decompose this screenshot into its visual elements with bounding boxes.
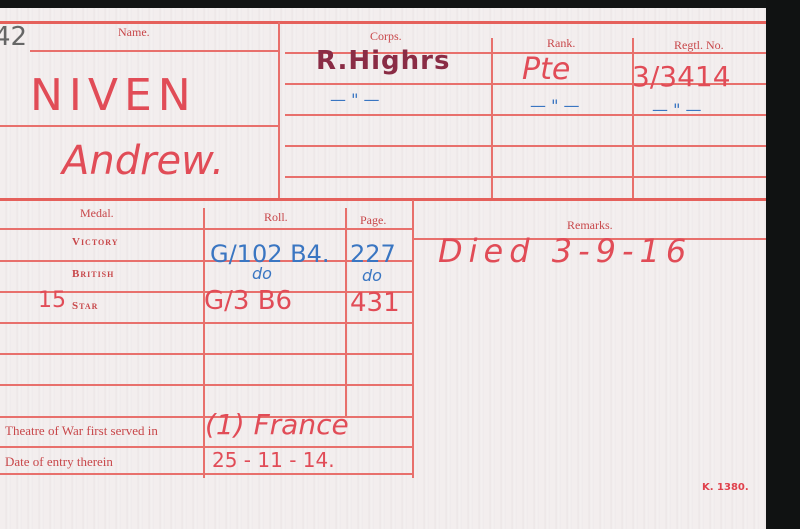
medal-row-6 (0, 384, 412, 386)
theatre-value: (1) France (205, 408, 349, 441)
page-header: Page. (360, 213, 386, 228)
page-remarks-divider (412, 200, 414, 478)
corps-ditto: — " — (330, 90, 380, 109)
british-page: do (362, 266, 382, 285)
scan-border-right (766, 0, 800, 529)
scan-border-top (0, 0, 800, 8)
top-rule (0, 21, 766, 24)
medal-star: Star (72, 300, 98, 312)
roll-header: Roll. (264, 210, 288, 225)
corps-stamp: R.Highrs (316, 46, 450, 76)
theatre-label: Theatre of War first served in (5, 423, 158, 439)
grid-row-4 (285, 145, 766, 147)
forename: Andrew. (62, 138, 224, 184)
date-value: 25 - 11 - 14. (212, 448, 335, 472)
date-label: Date of entry therein (5, 454, 113, 470)
medal-row-8 (0, 446, 412, 448)
regtl-no-ditto: — " — (652, 100, 702, 119)
remarks-header: Remarks. (567, 218, 613, 233)
star-prefix: 15 (38, 288, 66, 313)
medal-victory: Victory (72, 236, 119, 248)
victory-page: 227 (350, 240, 396, 268)
name-header: Name. (118, 25, 150, 40)
regtl-no-value: 3/3414 (632, 60, 731, 93)
surname: NIVEN (30, 70, 197, 121)
regtl-no-header: Regtl. No. (674, 38, 724, 53)
name-header-rule (30, 50, 278, 52)
star-roll: G/3 B6 (204, 286, 292, 316)
medal-row-1 (0, 228, 412, 230)
medal-row-9 (0, 473, 412, 475)
grid-row-5 (285, 176, 766, 178)
medal-british: British (72, 268, 114, 280)
corps-header: Corps. (370, 29, 402, 44)
remarks-value: Died 3-9-16 (438, 232, 692, 270)
medal-row-5 (0, 353, 412, 355)
rank-ditto: — " — (530, 96, 580, 115)
british-roll: do (252, 264, 272, 283)
rank-left-border (491, 38, 493, 198)
form-number: K. 1380. (702, 482, 749, 493)
pencil-mark: 42 (0, 22, 27, 52)
corps-left-border (278, 22, 280, 198)
star-page: 431 (350, 288, 400, 318)
medal-row-4 (0, 322, 412, 324)
roll-page-divider (345, 208, 347, 418)
section-divider (0, 198, 766, 201)
medal-header: Medal. (80, 206, 114, 221)
rank-header: Rank. (547, 36, 575, 51)
medal-index-card: 42 Name. Corps. Rank. Regtl. No. Medal. … (0, 8, 766, 529)
name-mid-rule (0, 125, 278, 127)
rank-value: Pte (522, 52, 570, 87)
